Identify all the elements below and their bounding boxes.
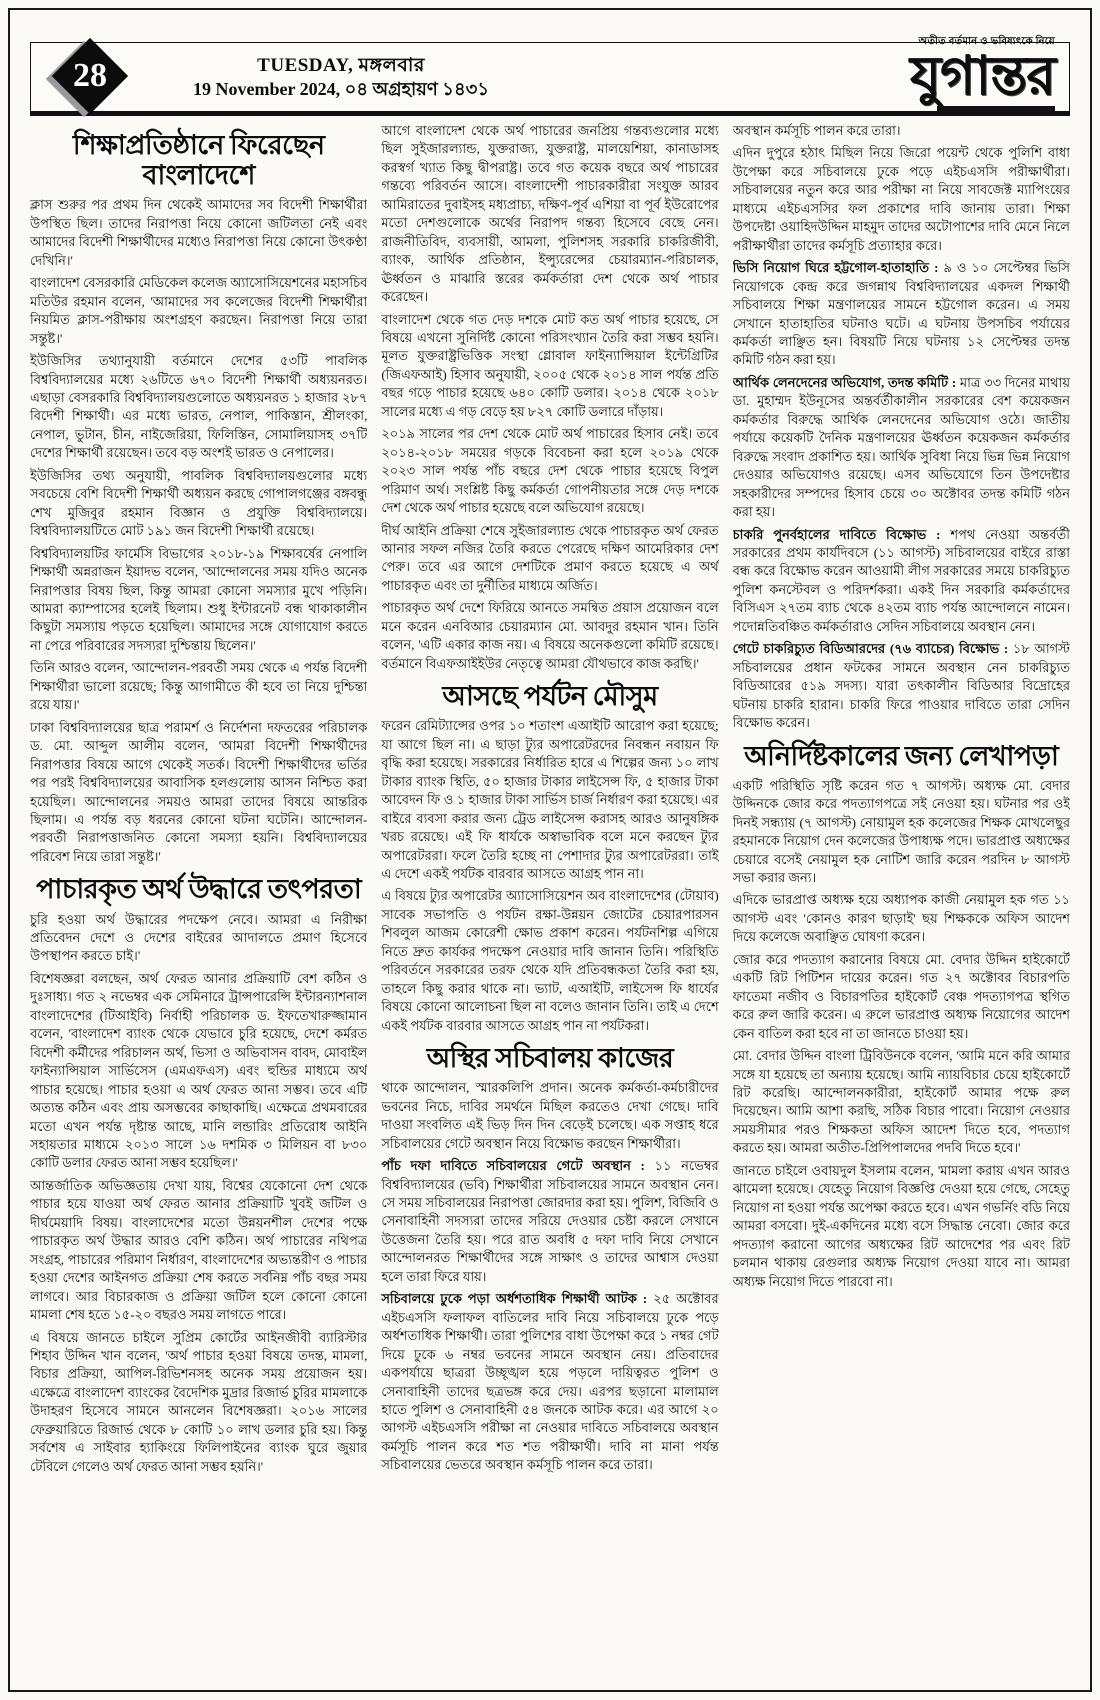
body-paragraph: ২০১৯ সালের পর দেশ থেকে মোট অর্থ পাচারের … — [381, 425, 718, 517]
body-paragraph: অবস্থান কর্মসূচি পালন করে তারা। — [733, 122, 1070, 140]
newspaper-logo: যুগান্তর — [910, 51, 1055, 102]
body-paragraph: মো. বেদার উদ্দিন বাংলা ট্রিবিউনকে বলেন, … — [733, 1047, 1070, 1158]
body-paragraph: ক্লাস শুরুর পর প্রথম দিন থেকেই আমাদের সব… — [30, 196, 367, 270]
date-line: 19 November 2024, ০৪ অগ্রহায়ণ ১৪৩১ — [193, 78, 489, 101]
weekday-english: TUESDAY, — [257, 55, 353, 76]
paragraph-bold-lead: আর্থিক লেনদেনের অভিযোগ, তদন্ত কমিটি : — [733, 375, 960, 390]
body-paragraph: দীর্ঘ আইনি প্রক্রিয়া শেষে সুইজারল্যান্ড… — [381, 522, 718, 596]
body-paragraph: বাংলাদেশ থেকে গত দেড় দশকে মোট কত অর্থ প… — [381, 311, 718, 422]
body-paragraph: সচিবালয়ে ঢুকে পড়া অর্ধশতাধিক শিক্ষার্থ… — [381, 1290, 718, 1475]
page-number-diamond: 28 — [52, 38, 128, 114]
paragraph-bold-lead: ভিসি নিয়োগ ঘিরে হট্টগোল-হাতাহাতি : — [733, 260, 944, 275]
body-paragraph: ফরেন রেমিট্যান্সের ওপর ১০ শতাংশ এআইটি আর… — [381, 717, 718, 883]
article-headline: শিক্ষাপ্রতিষ্ঠানে ফিরেছেন বাংলাদেশে — [30, 130, 367, 190]
body-paragraph: জানতে চাইলে ওবায়দুল ইসলাম বলেন, 'মামলা … — [733, 1162, 1070, 1291]
page-number-badge: 28 — [31, 43, 151, 111]
body-paragraph: ইউজিসির তথ্যানুযায়ী বর্তমানে দেশের ৫৩টি… — [30, 352, 367, 463]
column-2: আগে বাংলাদেশ থেকে অর্থ পাচারের জনপ্রিয় … — [381, 122, 718, 1666]
article-headline: আসছে পর্যটন মৌসুম — [381, 681, 718, 711]
body-paragraph: এদিকে ভারপ্রাপ্ত অধ্যক্ষ হয়ে অধ্যাপক কা… — [733, 891, 1070, 946]
page-content: 28 TUESDAY, মঙ্গলবার 19 November 2024, ০… — [30, 42, 1070, 1672]
body-paragraph: আর্থিক লেনদেনের অভিযোগ, তদন্ত কমিটি : মা… — [733, 374, 1070, 522]
body-paragraph: এ বিষয়ে ট্যুর অপারেটর অ্যাসোসিয়েশন অব … — [381, 887, 718, 1035]
body-paragraph: গেটে চাকরিচ্যুত বিডিআরদের (৭৬ ব্যাচের) ব… — [733, 640, 1070, 732]
paragraph-bold-lead: পাঁচ দফা দাবিতে সচিবালয়ের গেটে অবস্থান … — [381, 1158, 654, 1173]
article-headline: অনির্দিষ্টকালের জন্য লেখাপড়া — [733, 741, 1070, 771]
article-headline: অস্থির সচিবালয় কাজের — [381, 1043, 718, 1073]
article-columns: শিক্ষাপ্রতিষ্ঠানে ফিরেছেন বাংলাদেশেক্লাস… — [30, 122, 1070, 1666]
article-headline: পাচারকৃত অর্থ উদ্ধারে তৎপরতা — [30, 874, 367, 904]
body-paragraph: আন্তর্জাতিক অভিজ্ঞতায় দেখা যায়, বিশ্বে… — [30, 1177, 367, 1325]
masthead: 28 TUESDAY, মঙ্গলবার 19 November 2024, ০… — [30, 42, 1070, 116]
body-paragraph: এ বিষয়ে জানতে চাইলে সুপ্রিম কোর্টের আইন… — [30, 1329, 367, 1477]
dateline: TUESDAY, মঙ্গলবার 19 November 2024, ০৪ অ… — [193, 54, 489, 100]
paragraph-bold-lead: গেটে চাকরিচ্যুত বিডিআরদের (৭৬ ব্যাচের) ব… — [733, 641, 1013, 656]
body-paragraph: এদিন দুপুরে হঠাৎ মিছিল নিয়ে জিরো পয়েন্… — [733, 144, 1070, 255]
logo-underline-bar — [937, 106, 1055, 115]
body-paragraph: বাংলাদেশ বেসরকারি মেডিকেল কলেজ অ্যাসোসিয… — [30, 274, 367, 348]
body-paragraph: তিনি আরও বলেন, 'আন্দোলন-পরবর্তী সময় থেক… — [30, 659, 367, 714]
body-paragraph: বিশেষজ্ঞরা বলছেন, অর্থ ফেরত আনার প্রক্রি… — [30, 970, 367, 1173]
body-paragraph: থাকে আন্দোলন, স্মারকলিপি প্রদান। অনেক কর… — [381, 1079, 718, 1153]
body-paragraph: ঢাকা বিশ্ববিদ্যালয়ের ছাত্র পরামর্শ ও নি… — [30, 719, 367, 867]
body-paragraph: জোর করে পদত্যাগ করানোর বিষয়ে মো. বেদার … — [733, 951, 1070, 1043]
body-paragraph: একটি পরিস্থিতি সৃষ্টি করেন গত ৭ আগস্ট। অ… — [733, 777, 1070, 888]
body-paragraph: পাচারকৃত অর্থ দেশে ফিরিয়ে আনতে সমন্বিত … — [381, 599, 718, 673]
body-paragraph: চুরি হওয়া অর্থ উদ্ধারের পদক্ষেপ নেবে। আ… — [30, 911, 367, 966]
paragraph-bold-lead: চাকরি পুনর্বহালের দাবিতে বিক্ষোভ : — [733, 527, 951, 542]
body-paragraph: চাকরি পুনর্বহালের দাবিতে বিক্ষোভ : শপথ ন… — [733, 526, 1070, 637]
page-number: 28 — [73, 57, 107, 95]
body-paragraph: ইউজিসির তথ্য অনুযায়ী, পাবলিক বিশ্ববিদ্য… — [30, 467, 367, 541]
newspaper-logo-block: অতীত বর্তমান ও ভবিষ্যৎকে নিয়ে যুগান্তর — [910, 34, 1055, 120]
weekday-bengali: মঙ্গলবার — [358, 55, 424, 76]
column-1: শিক্ষাপ্রতিষ্ঠানে ফিরেছেন বাংলাদেশেক্লাস… — [30, 122, 367, 1666]
weekday-line: TUESDAY, মঙ্গলবার — [193, 54, 489, 78]
body-paragraph: আগে বাংলাদেশ থেকে অর্থ পাচারের জনপ্রিয় … — [381, 122, 718, 307]
body-paragraph: বিশ্ববিদ্যালয়টির ফার্মেসি বিভাগের ২০১৮-… — [30, 545, 367, 656]
column-3: অবস্থান কর্মসূচি পালন করে তারা।এদিন দুপু… — [733, 122, 1070, 1666]
paragraph-bold-lead: সচিবালয়ে ঢুকে পড়া অর্ধশতাধিক শিক্ষার্থ… — [381, 1291, 653, 1306]
body-paragraph: ভিসি নিয়োগ ঘিরে হট্টগোল-হাতাহাতি : ৯ ও … — [733, 259, 1070, 370]
body-paragraph: পাঁচ দফা দাবিতে সচিবালয়ের গেটে অবস্থান … — [381, 1157, 718, 1286]
newspaper-page: 28 TUESDAY, মঙ্গলবার 19 November 2024, ০… — [0, 0, 1100, 1700]
